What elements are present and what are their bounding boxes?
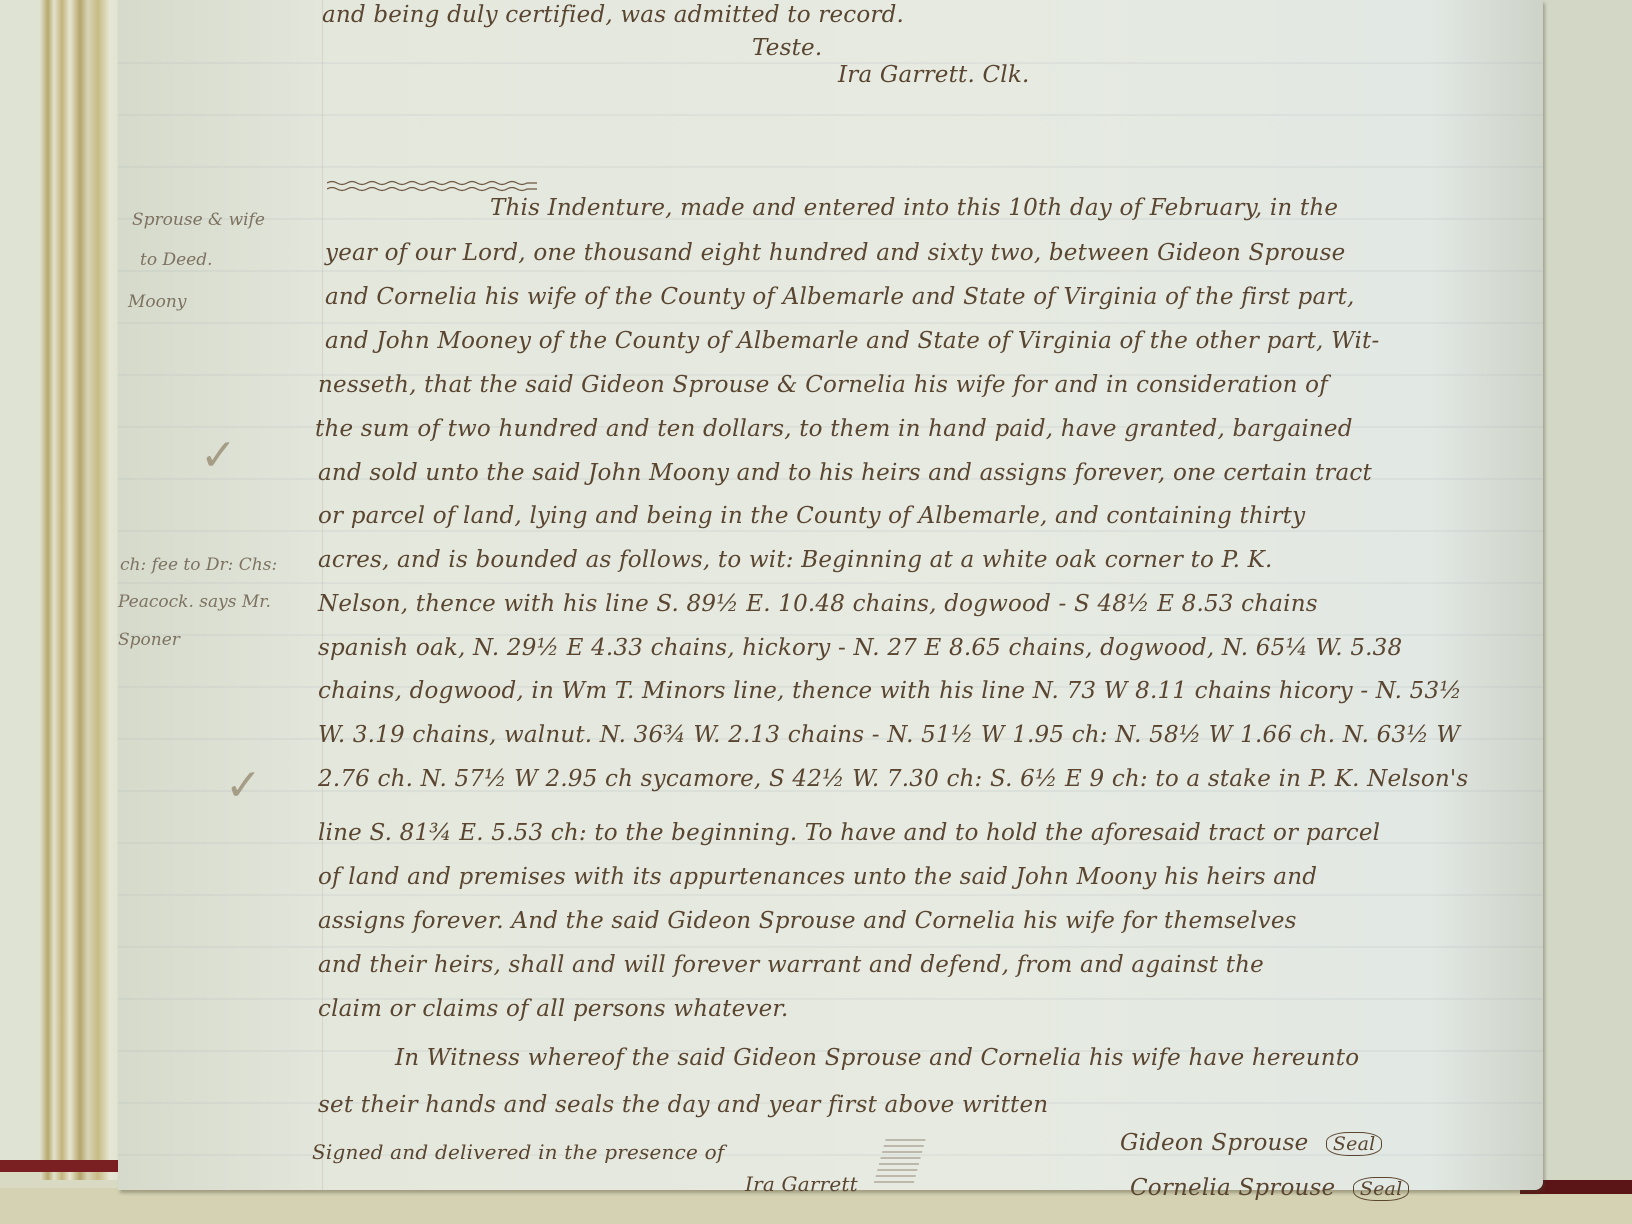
body-line-10: Nelson, thence with his line S. 89½ E. 1… bbox=[318, 591, 1318, 617]
body-line-9: acres, and is bounded as follows, to wit… bbox=[318, 547, 1273, 573]
body-line-16: of land and premises with its appurtenan… bbox=[318, 864, 1317, 890]
body-line-14: 2.76 ch. N. 57½ W 2.95 ch sycamore, S 42… bbox=[318, 766, 1468, 792]
body-line-3: and Cornelia his wife of the County of A… bbox=[325, 284, 1355, 310]
body-line-4: and John Mooney of the County of Albemar… bbox=[325, 328, 1379, 354]
testimonium-line-1: In Witness whereof the said Gideon Sprou… bbox=[395, 1045, 1359, 1071]
grantor-signature-2: Cornelia Sprouse Seal bbox=[1130, 1175, 1409, 1201]
right-page-edge bbox=[1540, 0, 1632, 1190]
checkmark-icon: ✓ bbox=[200, 430, 237, 481]
body-line-8: or parcel of land, lying and being in th… bbox=[318, 503, 1305, 529]
teste-label: Teste. bbox=[752, 35, 822, 61]
margin-fee-line-2: Peacock. says Mr. bbox=[118, 592, 271, 612]
body-line-12: chains, dogwood, in Wm T. Minors line, t… bbox=[318, 678, 1462, 704]
body-line-15: line S. 81¾ E. 5.53 ch: to the beginning… bbox=[318, 820, 1380, 846]
body-line-17: assigns forever. And the said Gideon Spr… bbox=[318, 908, 1297, 934]
seal-icon: Seal bbox=[1326, 1132, 1382, 1156]
body-line-19: claim or claims of all persons whatever. bbox=[318, 996, 789, 1022]
grantor-signature-1: Gideon Sprouse Seal bbox=[1120, 1130, 1382, 1156]
attestation-clause: Signed and delivered in the presence of bbox=[312, 1140, 724, 1164]
witness-signature: Ira Garrett bbox=[745, 1172, 858, 1196]
margin-title-line-3: Moony bbox=[128, 292, 186, 312]
book-cover-left bbox=[0, 1160, 130, 1172]
grantor-name: Gideon Sprouse bbox=[1120, 1130, 1308, 1156]
body-line-11: spanish oak, N. 29½ E 4.33 chains, hicko… bbox=[318, 635, 1402, 661]
carryover-line: and being duly certified, was admitted t… bbox=[322, 2, 904, 28]
body-line-1: This Indenture, made and entered into th… bbox=[490, 195, 1338, 221]
body-line-2: year of our Lord, one thousand eight hun… bbox=[325, 240, 1345, 266]
margin-fee-line-1: ch: fee to Dr: Chs: bbox=[120, 555, 277, 575]
checkmark-icon: ✓ bbox=[225, 760, 262, 811]
body-line-6: the sum of two hundred and ten dollars, … bbox=[315, 416, 1353, 442]
grantor-name: Cornelia Sprouse bbox=[1130, 1175, 1335, 1201]
margin-fee-line-3: Sponer bbox=[118, 630, 180, 650]
body-line-13: W. 3.19 chains, walnut. N. 36¾ W. 2.13 c… bbox=[318, 722, 1460, 748]
margin-title-line-2: to Deed. bbox=[140, 250, 213, 270]
testimonium-line-2: set their hands and seals the day and ye… bbox=[318, 1092, 1048, 1118]
clerk-signature: Ira Garrett. Clk. bbox=[838, 62, 1030, 88]
seal-icon: Seal bbox=[1353, 1177, 1409, 1201]
body-line-7: and sold unto the said John Moony and to… bbox=[318, 460, 1372, 486]
margin-title-line-1: Sprouse & wife bbox=[132, 210, 265, 230]
body-line-18: and their heirs, shall and will forever … bbox=[318, 952, 1264, 978]
wavy-separator-icon bbox=[327, 180, 537, 192]
body-line-5: nesseth, that the said Gideon Sprouse & … bbox=[318, 372, 1328, 398]
